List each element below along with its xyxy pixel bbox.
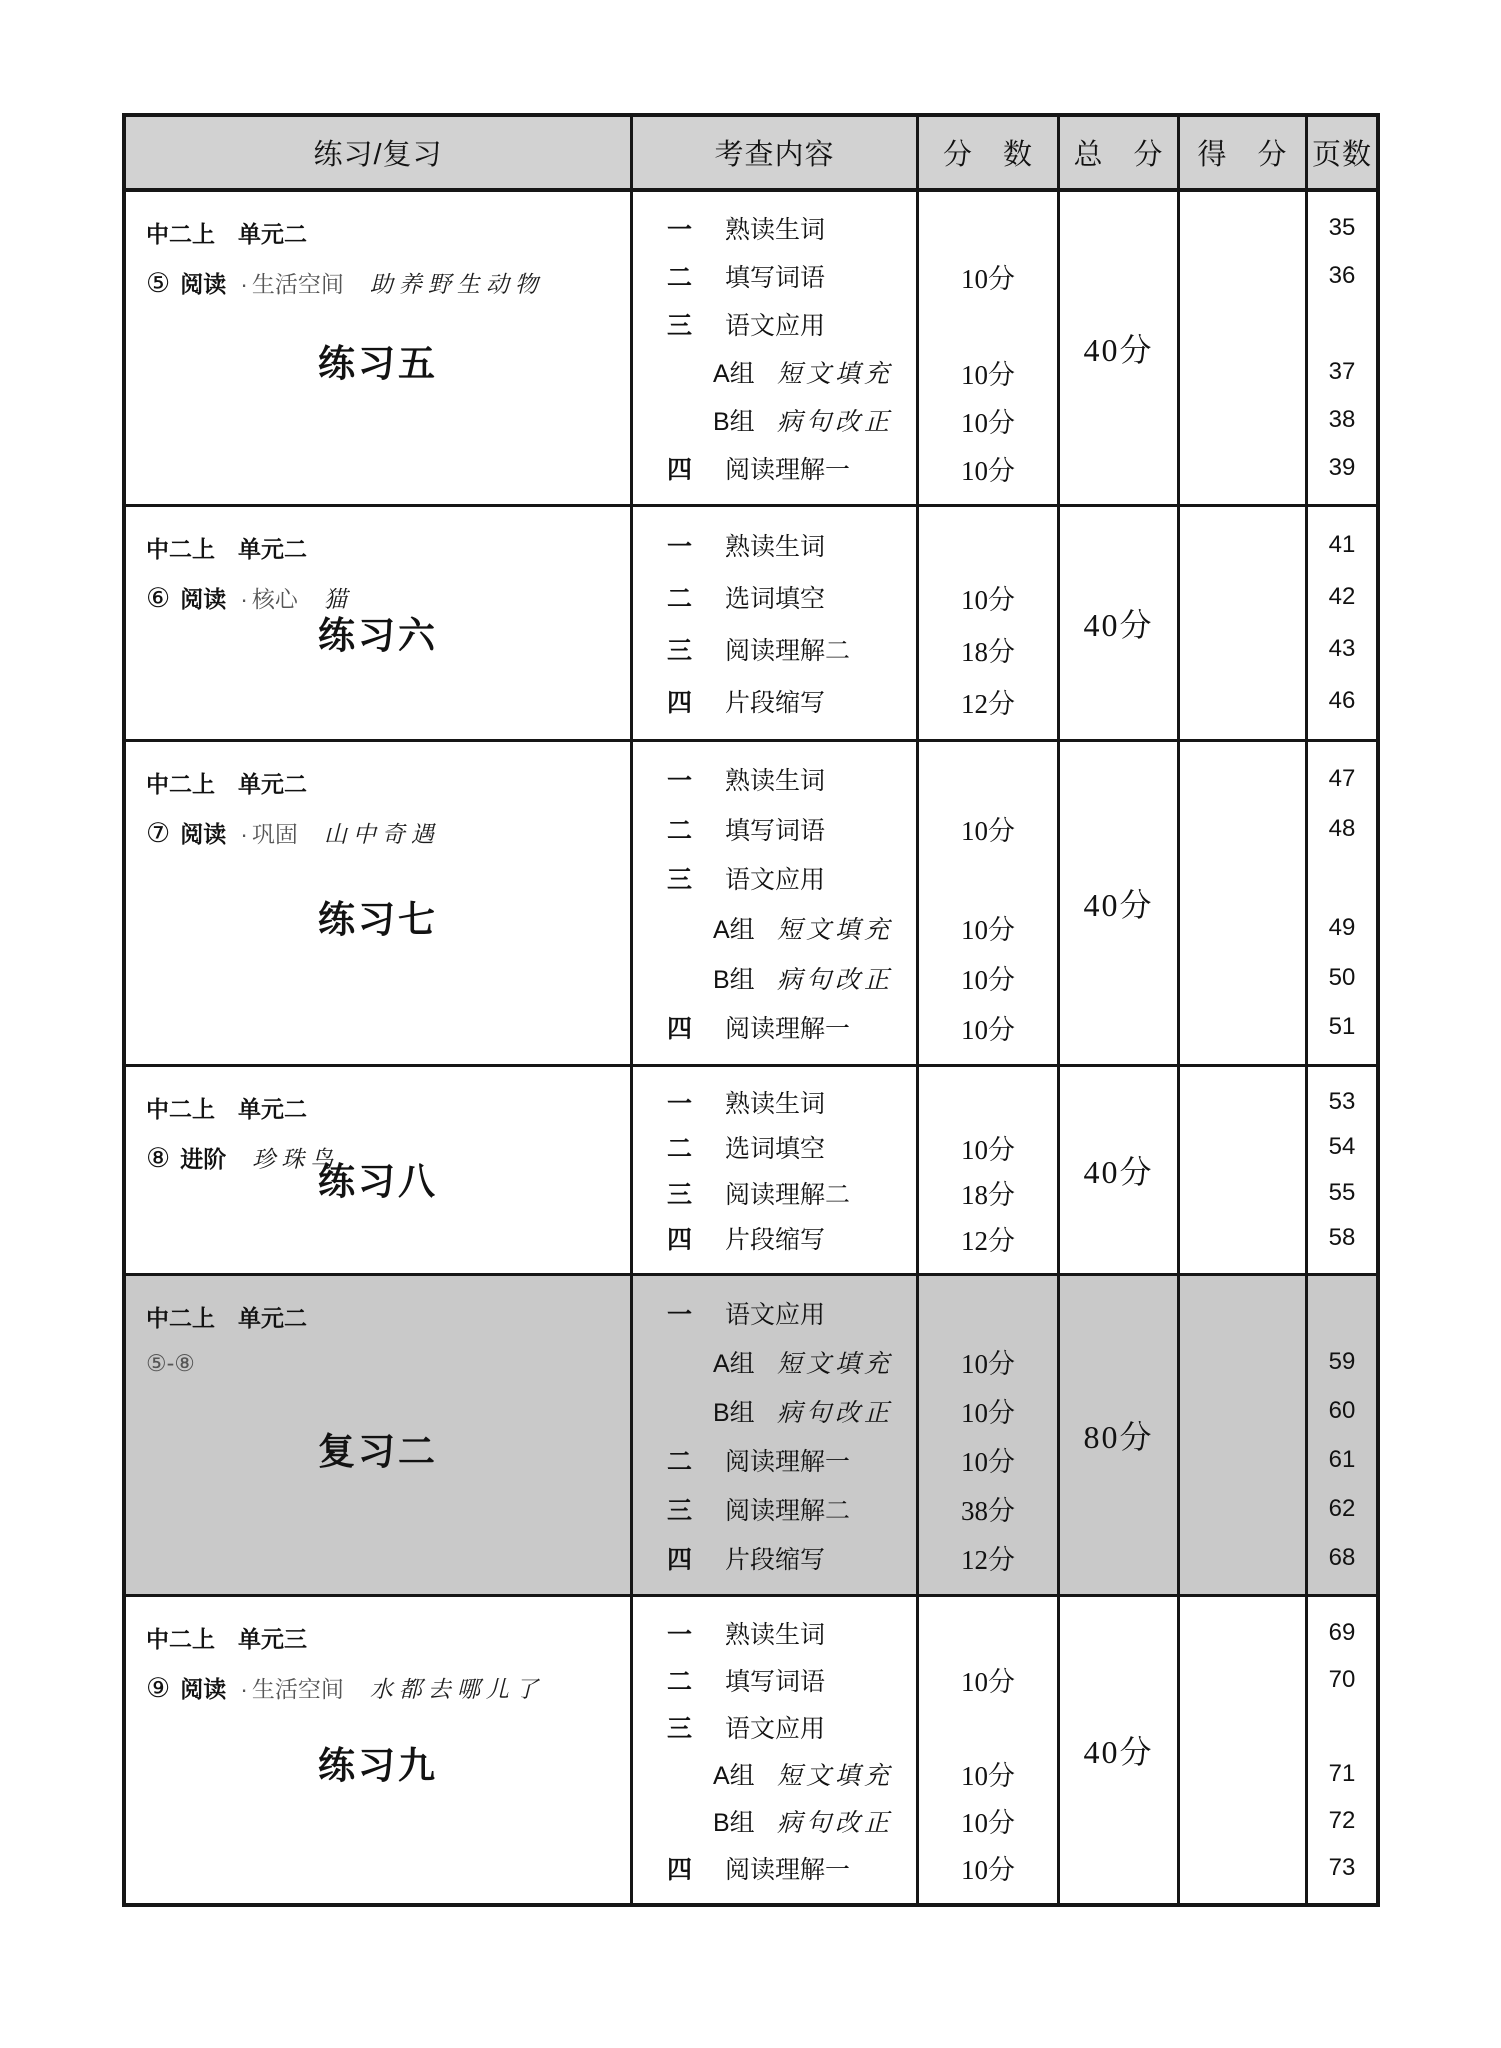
header-pages-col: 页数 [1305, 117, 1376, 188]
item-number: 四 [667, 450, 725, 486]
item-score: 12分 [919, 675, 1057, 727]
item-number: 三 [667, 1175, 725, 1211]
content-item: 一语文应用 [633, 1288, 916, 1337]
content-item: 四片段缩写 [633, 1533, 916, 1582]
content-cell: 一熟读生词二选词填空三阅读理解二四片段缩写 [630, 507, 916, 739]
content-item: 一熟读生词 [633, 1079, 916, 1125]
unit-label: 中二上 单元二 [146, 766, 612, 799]
content-item: 二填写词语 [633, 252, 916, 300]
exercise-title: 练习五 [126, 333, 630, 387]
score-cell: 10分10分10分10分 [916, 192, 1057, 504]
unit-label: 中二上 单元二 [146, 1300, 612, 1333]
item-label: 片段缩写 [725, 1540, 825, 1576]
content-item: 三语文应用 [633, 1703, 916, 1750]
lesson-label: ⑨阅读·生活空间水都去哪儿了 [146, 1671, 612, 1704]
item-page: 46 [1308, 675, 1376, 727]
lesson-segment-dot: · [240, 271, 248, 298]
item-label: 阅读理解一 [725, 1442, 850, 1478]
content-item: A组短文填充 [633, 1750, 916, 1797]
item-number: B组 [713, 960, 777, 996]
item-number: 三 [667, 631, 725, 667]
item-score: 10分 [919, 1656, 1057, 1703]
item-page [1308, 1288, 1376, 1337]
item-label: 病句改正 [777, 402, 893, 438]
content-cell: 一熟读生词二填写词语三语文应用A组短文填充B组病句改正四阅读理解一 [630, 192, 916, 504]
item-page: 48 [1308, 804, 1376, 854]
content-item: 四阅读理解一 [633, 444, 916, 492]
total-score: 40分 [1083, 325, 1153, 371]
content-item: A组短文填充 [633, 903, 916, 953]
item-label: 填写词语 [725, 258, 825, 294]
content-item: A组短文填充 [633, 1337, 916, 1386]
item-score: 10分 [919, 1386, 1057, 1435]
score-cell: 10分18分12分 [916, 507, 1057, 739]
item-number: 三 [667, 860, 725, 896]
earned-cell [1177, 742, 1305, 1064]
table-row: 中二上 单元二 ⑤-⑧ 复习二 一语文应用A组短文填充B组病句改正二阅读理解一三… [126, 1273, 1376, 1594]
content-item: B组病句改正 [633, 396, 916, 444]
table-body: 中二上 单元二 ⑤阅读·生活空间助养野生动物 练习五 一熟读生词二填写词语三语文… [126, 192, 1376, 1903]
item-page: 43 [1308, 623, 1376, 675]
exercise-title: 复习二 [126, 1421, 630, 1475]
score-table: 练习/复习 考查内容 分 数 总 分 得 分 页数 中二上 单元二 ⑤阅读·生活… [122, 113, 1380, 1907]
page-cell: 5960616268 [1305, 1276, 1376, 1594]
header-total-col: 总 分 [1057, 117, 1177, 188]
page-cell: 6970717273 [1305, 1597, 1376, 1903]
item-number: 四 [667, 1220, 725, 1256]
item-score: 10分 [919, 348, 1057, 396]
content-item: 三阅读理解二 [633, 1484, 916, 1533]
item-score: 10分 [919, 1750, 1057, 1797]
item-page: 58 [1308, 1216, 1376, 1262]
exercise-cell: 中二上 单元二 ⑤-⑧ 复习二 [126, 1276, 630, 1594]
item-score: 18分 [919, 1170, 1057, 1216]
lesson-label: ⑤-⑧ [146, 1350, 612, 1377]
item-page: 47 [1308, 754, 1376, 804]
item-page: 60 [1308, 1386, 1376, 1435]
item-page: 59 [1308, 1337, 1376, 1386]
score-cell: 10分10分10分38分12分 [916, 1276, 1057, 1594]
item-number: A组 [713, 1756, 777, 1792]
item-label: 熟读生词 [725, 761, 825, 797]
lesson-segment-bold: 阅读 [180, 266, 226, 299]
item-label: 病句改正 [777, 960, 893, 996]
item-label: 阅读理解二 [725, 1491, 850, 1527]
lesson-segment-light: 巩固 [252, 816, 298, 849]
content-cell: 一熟读生词二填写词语三语文应用A组短文填充B组病句改正四阅读理解一 [630, 1597, 916, 1903]
item-page [1308, 1703, 1376, 1750]
page-cell: 3536373839 [1305, 192, 1376, 504]
item-score [919, 300, 1057, 348]
item-page: 38 [1308, 396, 1376, 444]
exercise-cell: 中二上 单元二 ⑤阅读·生活空间助养野生动物 练习五 [126, 192, 630, 504]
total-cell: 40分 [1057, 1067, 1177, 1273]
header-exercise-col: 练习/复习 [126, 117, 630, 188]
lesson-segment-kai: 山中奇遇 [324, 816, 440, 849]
item-number: 二 [667, 811, 725, 847]
item-number: 二 [667, 579, 725, 615]
item-page: 50 [1308, 953, 1376, 1003]
total-cell: 80分 [1057, 1276, 1177, 1594]
lesson-segment-num: ⑤ [146, 268, 170, 299]
item-score [919, 204, 1057, 252]
item-score [919, 853, 1057, 903]
item-label: 语文应用 [725, 306, 825, 342]
item-number: 四 [667, 1540, 725, 1576]
item-score: 10分 [919, 1435, 1057, 1484]
table-row: 中二上 单元二 ⑥阅读·核心猫 练习六 一熟读生词二选词填空三阅读理解二四片段缩… [126, 504, 1376, 739]
item-page: 36 [1308, 252, 1376, 300]
content-item: 一熟读生词 [633, 519, 916, 571]
table-header-row: 练习/复习 考查内容 分 数 总 分 得 分 页数 [126, 117, 1376, 192]
item-label: 熟读生词 [725, 1615, 825, 1651]
item-page: 73 [1308, 1844, 1376, 1891]
table-row: 中二上 单元二 ⑧进阶珍珠鸟 练习八 一熟读生词二选词填空三阅读理解二四片段缩写… [126, 1064, 1376, 1273]
unit-label: 中二上 单元二 [146, 531, 612, 564]
item-score [919, 754, 1057, 804]
item-number: 三 [667, 1709, 725, 1745]
item-score: 10分 [919, 1844, 1057, 1891]
item-label: 语文应用 [725, 1709, 825, 1745]
content-item: 四阅读理解一 [633, 1002, 916, 1052]
item-score: 10分 [919, 953, 1057, 1003]
page-cell: 41424346 [1305, 507, 1376, 739]
total-score: 40分 [1083, 1147, 1153, 1193]
item-score: 10分 [919, 1797, 1057, 1844]
lesson-segment-light: ⑤-⑧ [146, 1350, 195, 1377]
content-item: 二选词填空 [633, 1125, 916, 1171]
item-score [919, 519, 1057, 571]
total-cell: 40分 [1057, 1597, 1177, 1903]
item-number: 三 [667, 306, 725, 342]
exercise-cell: 中二上 单元二 ⑦阅读·巩固山中奇遇 练习七 [126, 742, 630, 1064]
item-label: 阅读理解一 [725, 1009, 850, 1045]
lesson-label: ⑤阅读·生活空间助养野生动物 [146, 266, 612, 299]
table-row: 中二上 单元二 ⑦阅读·巩固山中奇遇 练习七 一熟读生词二填写词语三语文应用A组… [126, 739, 1376, 1064]
item-page: 68 [1308, 1533, 1376, 1582]
score-cell: 10分10分10分10分 [916, 742, 1057, 1064]
item-page: 69 [1308, 1609, 1376, 1656]
content-item: 二填写词语 [633, 1656, 916, 1703]
item-number: 三 [667, 1491, 725, 1527]
content-item: 三阅读理解二 [633, 1170, 916, 1216]
total-cell: 40分 [1057, 507, 1177, 739]
table-row: 中二上 单元二 ⑤阅读·生活空间助养野生动物 练习五 一熟读生词二填写词语三语文… [126, 192, 1376, 504]
content-cell: 一熟读生词二填写词语三语文应用A组短文填充B组病句改正四阅读理解一 [630, 742, 916, 1064]
content-item: B组病句改正 [633, 1386, 916, 1435]
content-item: 四片段缩写 [633, 675, 916, 727]
item-page [1308, 853, 1376, 903]
item-number: 四 [667, 683, 725, 719]
item-label: 短文填充 [777, 1756, 893, 1792]
item-number: 二 [667, 1442, 725, 1478]
exercise-cell: 中二上 单元二 ⑧进阶珍珠鸟 练习八 [126, 1067, 630, 1273]
item-number: 一 [667, 761, 725, 797]
item-score: 18分 [919, 623, 1057, 675]
item-label: 病句改正 [777, 1803, 893, 1839]
item-score [919, 1609, 1057, 1656]
item-label: 阅读理解二 [725, 631, 850, 667]
item-page: 72 [1308, 1797, 1376, 1844]
item-label: 语文应用 [725, 860, 825, 896]
page-cell: 4748495051 [1305, 742, 1376, 1064]
item-label: 熟读生词 [725, 1084, 825, 1120]
item-label: 短文填充 [777, 910, 893, 946]
content-item: 二选词填空 [633, 571, 916, 623]
content-item: 四片段缩写 [633, 1216, 916, 1262]
exercise-title: 练习七 [126, 889, 630, 943]
unit-label: 中二上 单元三 [146, 1621, 612, 1654]
lesson-segment-dot: · [240, 1676, 248, 1703]
item-number: 四 [667, 1009, 725, 1045]
item-number: 四 [667, 1850, 725, 1886]
item-label: 熟读生词 [725, 527, 825, 563]
item-number: 二 [667, 258, 725, 294]
item-page: 39 [1308, 444, 1376, 492]
item-score: 10分 [919, 252, 1057, 300]
lesson-segment-dot: · [240, 821, 248, 848]
item-score: 38分 [919, 1484, 1057, 1533]
content-item: 二填写词语 [633, 804, 916, 854]
score-cell: 10分18分12分 [916, 1067, 1057, 1273]
content-item: 四阅读理解一 [633, 1844, 916, 1891]
lesson-segment-num: ⑨ [146, 1673, 170, 1704]
exercise-title: 练习八 [126, 1151, 630, 1205]
earned-cell [1177, 1067, 1305, 1273]
item-score [919, 1288, 1057, 1337]
content-item: 三语文应用 [633, 853, 916, 903]
content-item: 三语文应用 [633, 300, 916, 348]
item-page: 54 [1308, 1125, 1376, 1171]
item-score: 10分 [919, 1125, 1057, 1171]
item-number: 二 [667, 1129, 725, 1165]
lesson-label: ⑦阅读·巩固山中奇遇 [146, 816, 612, 849]
lesson-segment-kai: 水都去哪儿了 [370, 1671, 544, 1704]
item-score: 12分 [919, 1533, 1057, 1582]
item-page [1308, 300, 1376, 348]
item-score: 10分 [919, 396, 1057, 444]
item-page: 53 [1308, 1079, 1376, 1125]
item-number: A组 [713, 910, 777, 946]
item-label: 短文填充 [777, 354, 893, 390]
page-cell: 53545558 [1305, 1067, 1376, 1273]
item-page: 37 [1308, 348, 1376, 396]
content-cell: 一语文应用A组短文填充B组病句改正二阅读理解一三阅读理解二四片段缩写 [630, 1276, 916, 1594]
item-number: B组 [713, 1393, 777, 1429]
item-score [919, 1703, 1057, 1750]
unit-label: 中二上 单元二 [146, 216, 612, 249]
item-label: 片段缩写 [725, 683, 825, 719]
content-item: 三阅读理解二 [633, 623, 916, 675]
item-label: 短文填充 [777, 1344, 893, 1380]
total-cell: 40分 [1057, 192, 1177, 504]
item-label: 阅读理解一 [725, 450, 850, 486]
content-item: 一熟读生词 [633, 754, 916, 804]
item-score: 12分 [919, 1216, 1057, 1262]
lesson-segment-light: 生活空间 [252, 266, 344, 299]
lesson-segment-kai: 助养野生动物 [370, 266, 544, 299]
item-score [919, 1079, 1057, 1125]
content-item: 一熟读生词 [633, 1609, 916, 1656]
item-label: 选词填空 [725, 579, 825, 615]
header-earned-col: 得 分 [1177, 117, 1305, 188]
exercise-title: 练习六 [126, 605, 630, 659]
item-page: 71 [1308, 1750, 1376, 1797]
content-item: 二阅读理解一 [633, 1435, 916, 1484]
item-number: A组 [713, 1344, 777, 1380]
item-number: 一 [667, 1295, 725, 1331]
item-label: 熟读生词 [725, 210, 825, 246]
earned-cell [1177, 1597, 1305, 1903]
item-number: 一 [667, 1084, 725, 1120]
earned-cell [1177, 1276, 1305, 1594]
item-number: 一 [667, 527, 725, 563]
score-cell: 10分10分10分10分 [916, 1597, 1057, 1903]
exercise-cell: 中二上 单元三 ⑨阅读·生活空间水都去哪儿了 练习九 [126, 1597, 630, 1903]
item-score: 10分 [919, 903, 1057, 953]
total-cell: 40分 [1057, 742, 1177, 1064]
item-score: 10分 [919, 1337, 1057, 1386]
item-score: 10分 [919, 571, 1057, 623]
lesson-segment-light: 生活空间 [252, 1671, 344, 1704]
exercise-cell: 中二上 单元二 ⑥阅读·核心猫 练习六 [126, 507, 630, 739]
lesson-segment-num: ⑦ [146, 818, 170, 849]
item-label: 选词填空 [725, 1129, 825, 1165]
item-label: 阅读理解一 [725, 1850, 850, 1886]
item-score: 10分 [919, 1002, 1057, 1052]
item-page: 49 [1308, 903, 1376, 953]
header-content-col: 考查内容 [630, 117, 916, 188]
item-score: 10分 [919, 444, 1057, 492]
lesson-segment-bold: 阅读 [180, 816, 226, 849]
item-number: 一 [667, 1615, 725, 1651]
item-score: 10分 [919, 804, 1057, 854]
item-number: 二 [667, 1662, 725, 1698]
item-page: 51 [1308, 1002, 1376, 1052]
item-number: B组 [713, 1803, 777, 1839]
item-label: 填写词语 [725, 1662, 825, 1698]
earned-cell [1177, 192, 1305, 504]
content-item: B组病句改正 [633, 1797, 916, 1844]
item-number: B组 [713, 402, 777, 438]
item-label: 阅读理解二 [725, 1175, 850, 1211]
unit-label: 中二上 单元二 [146, 1091, 612, 1124]
total-score: 40分 [1083, 1727, 1153, 1773]
item-page: 61 [1308, 1435, 1376, 1484]
earned-cell [1177, 507, 1305, 739]
item-number: 一 [667, 210, 725, 246]
item-label: 填写词语 [725, 811, 825, 847]
lesson-segment-bold: 阅读 [180, 1671, 226, 1704]
total-score: 40分 [1083, 600, 1153, 646]
item-label: 病句改正 [777, 1393, 893, 1429]
item-page: 70 [1308, 1656, 1376, 1703]
content-item: A组短文填充 [633, 348, 916, 396]
item-number: A组 [713, 354, 777, 390]
total-score: 40分 [1083, 880, 1153, 926]
total-score: 80分 [1083, 1412, 1153, 1458]
exercise-title: 练习九 [126, 1735, 630, 1789]
item-label: 语文应用 [725, 1295, 825, 1331]
header-score-col: 分 数 [916, 117, 1057, 188]
content-item: B组病句改正 [633, 953, 916, 1003]
content-cell: 一熟读生词二选词填空三阅读理解二四片段缩写 [630, 1067, 916, 1273]
item-page: 42 [1308, 571, 1376, 623]
content-item: 一熟读生词 [633, 204, 916, 252]
table-row: 中二上 单元三 ⑨阅读·生活空间水都去哪儿了 练习九 一熟读生词二填写词语三语文… [126, 1594, 1376, 1903]
item-label: 片段缩写 [725, 1220, 825, 1256]
item-page: 41 [1308, 519, 1376, 571]
item-page: 35 [1308, 204, 1376, 252]
item-page: 62 [1308, 1484, 1376, 1533]
item-page: 55 [1308, 1170, 1376, 1216]
